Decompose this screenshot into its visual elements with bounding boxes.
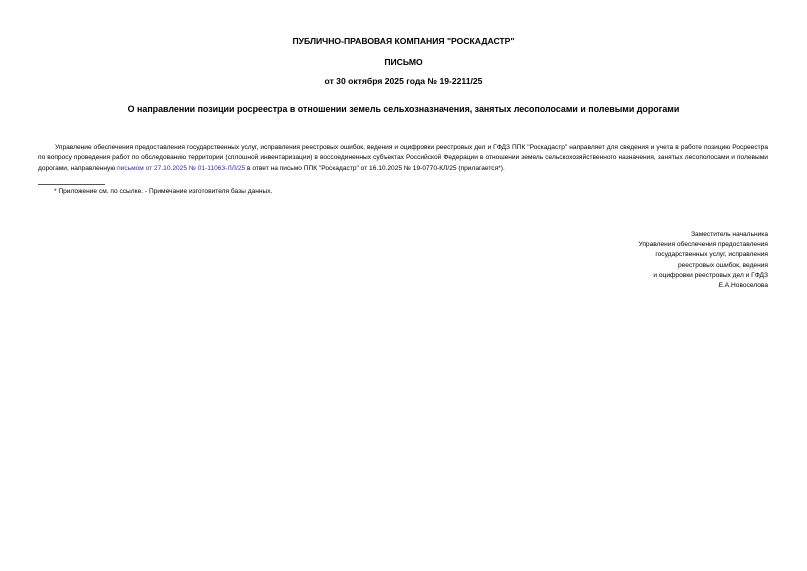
signature-line: реестровых ошибок, ведения xyxy=(638,261,768,271)
document-date-number: от 30 октября 2025 года № 19-2211/25 xyxy=(0,76,807,87)
body-paragraph: Управление обеспечения предоставления го… xyxy=(38,143,768,174)
footnote-divider xyxy=(38,184,105,185)
organization-title: ПУБЛИЧНО-ПРАВОВАЯ КОМПАНИЯ "РОСКАДАСТР" xyxy=(0,36,807,47)
footnote: * Приложение см. по ссылке. - Примечание… xyxy=(54,187,272,196)
signatory-name: Е.А.Новоселова xyxy=(638,281,768,291)
signature-line: государственных услуг, исправления xyxy=(638,250,768,260)
referenced-letter-link[interactable]: письмом от 27.10.2025 № 01-11063-ЛЛ/25 xyxy=(117,165,245,172)
document-type: ПИСЬМО xyxy=(0,57,807,68)
body-text-after-link: в ответ на письмо ППК "Роскадастр" от 16… xyxy=(245,165,505,172)
signature-line: Управления обеспечения предоставления xyxy=(638,240,768,250)
signature-block: Заместитель начальника Управления обеспе… xyxy=(638,230,768,291)
signature-line: и оцифровки реестровых дел и ГФДЗ xyxy=(638,271,768,281)
signature-line: Заместитель начальника xyxy=(638,230,768,240)
document-subject: О направлении позиции росреестра в отнош… xyxy=(0,104,807,115)
